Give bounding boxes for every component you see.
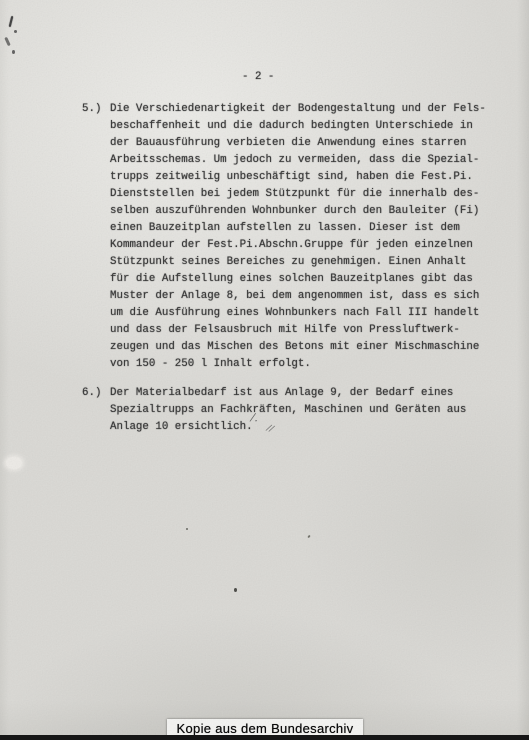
- ink-speck: [234, 588, 237, 592]
- paragraph-6: 6.) Der Materialbedarf ist aus Anlage 9,…: [0, 385, 529, 436]
- paragraph-5-number: 5.): [82, 101, 101, 118]
- ink-speck: [307, 535, 310, 539]
- bottom-border-bar: [0, 735, 529, 740]
- paper-spot: [6, 457, 22, 469]
- ink-mark: [14, 30, 17, 33]
- paragraph-6-text: Der Materialbedarf ist aus Anlage 9, der…: [110, 385, 529, 436]
- scanned-document-page: - 2 - 5.) Die Verschiedenartigkeit der B…: [0, 0, 529, 740]
- ink-mark: [4, 37, 11, 46]
- ink-mark: [12, 50, 15, 54]
- page-number: - 2 -: [242, 69, 274, 86]
- ink-mark: [9, 16, 14, 27]
- archive-caption: Kopie aus dem Bundesarchiv: [177, 721, 354, 736]
- paragraph-6-number: 6.): [82, 385, 101, 402]
- paragraph-5: 5.) Die Verschiedenartigkeit der Bodenge…: [0, 101, 529, 373]
- paragraph-5-text: Die Verschiedenartigkeit der Bodengestal…: [110, 101, 529, 373]
- ink-speck: [186, 528, 188, 530]
